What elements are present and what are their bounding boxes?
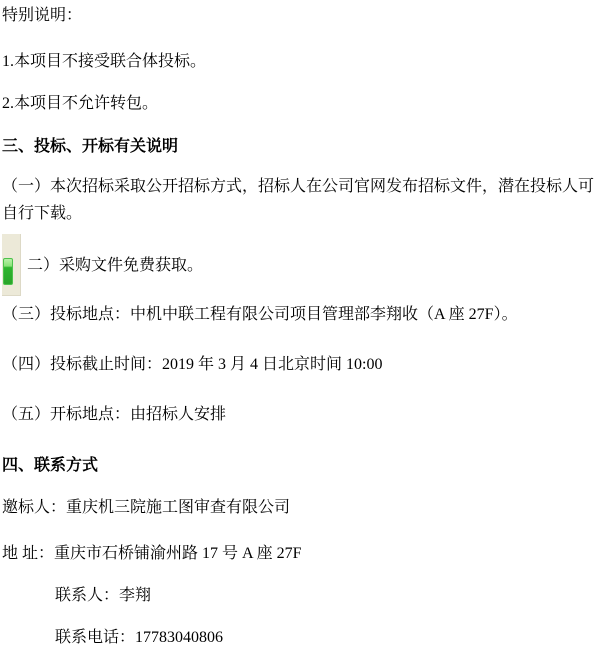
paragraph-note1: 1.本项目不接受联合体投标。: [2, 48, 604, 75]
paragraph-contact-phone: 联系电话：17783040806: [2, 624, 604, 651]
paragraph-item3: （三）投标地点：中机中联工程有限公司项目管理部李翔收（A 座 27F）。: [2, 301, 604, 328]
paragraph-item2: 二）采购文件免费获取。: [2, 234, 604, 296]
paragraph-contact-person: 联系人：李翔: [2, 582, 604, 609]
paragraph-address: 地 址：重庆市石桥铺渝州路 17 号 A 座 27F: [2, 540, 604, 567]
paragraph-note2: 2.本项目不允许转包。: [2, 90, 604, 117]
paragraph-item5: （五）开标地点：由招标人安排: [2, 401, 604, 428]
section-heading-contact: 四、联系方式: [2, 452, 604, 479]
document-page: 特别说明： 1.本项目不接受联合体投标。 2.本项目不允许转包。 三、投标、开标…: [0, 0, 608, 659]
embedded-image-placeholder: [2, 234, 21, 296]
green-bar-icon: [3, 258, 13, 285]
paragraph-item1: （一）本次招标采取公开招标方式，招标人在公司官网发布招标文件，潜在投标人可自行下…: [2, 173, 604, 227]
paragraph-item2-text: 二）采购文件免费获取。: [27, 252, 203, 279]
paragraph-special-note: 特别说明：: [2, 2, 604, 29]
section-heading-bidding: 三、投标、开标有关说明: [2, 133, 604, 160]
paragraph-inviter: 邀标人：重庆机三院施工图审查有限公司: [2, 494, 604, 521]
paragraph-item4: （四）投标截止时间：2019 年 3 月 4 日北京时间 10:00: [2, 351, 604, 378]
